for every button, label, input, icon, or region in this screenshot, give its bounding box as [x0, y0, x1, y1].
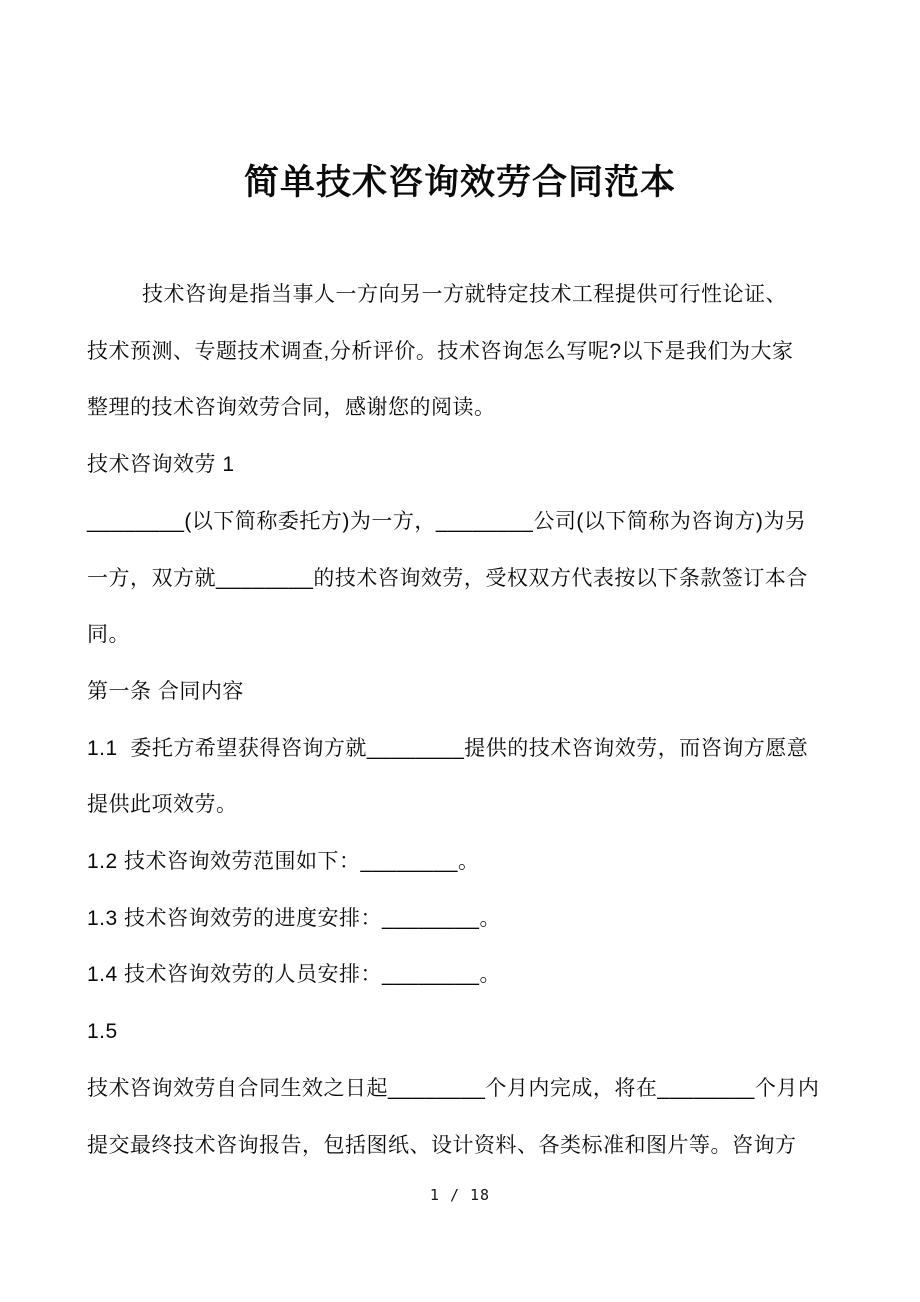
text-line: 同。: [87, 607, 855, 664]
page-number-indicator: 1 / 18: [0, 1184, 920, 1206]
clause-1-4: 1.4 技术咨询效劳的人员安排：________。: [87, 947, 855, 1004]
section-heading: 技术咨询效劳 1: [87, 437, 855, 494]
text-line: 整理的技术咨询效劳合同，感谢您的阅读。: [87, 380, 855, 437]
text-line: 技术咨询效劳自合同生效之日起________个月内完成，将在________个月…: [87, 1061, 855, 1118]
clause-1-3: 1.3 技术咨询效劳的进度安排：________。: [87, 891, 855, 948]
document-title: 简单技术咨询效劳合同范本: [0, 160, 920, 206]
document-body: 技术咨询是指当事人一方向另一方就特定技术工程提供可行性论证、 技术预测、专题技术…: [87, 267, 855, 1174]
text-line: ________(以下简称委托方)为一方，________公司(以下简称为咨询方…: [87, 494, 855, 551]
text-line: 提交最终技术咨询报告，包括图纸、设计资料、各类标准和图片等。咨询方: [87, 1118, 855, 1175]
text-line: 一方，双方就________的技术咨询效劳，受权双方代表按以下条款签订本合: [87, 551, 855, 608]
clause-1-5: 1.5: [87, 1004, 855, 1061]
clause-1-1: 1.1 委托方希望获得咨询方就________提供的技术咨询效劳，而咨询方愿意: [87, 721, 855, 778]
text-line: 提供此项效劳。: [87, 777, 855, 834]
text-line: 技术预测、专题技术调查,分析评价。技术咨询怎么写呢?以下是我们为大家: [87, 324, 855, 381]
text-line: 技术咨询是指当事人一方向另一方就特定技术工程提供可行性论证、: [87, 267, 855, 324]
clause-1-2: 1.2 技术咨询效劳范围如下：________。: [87, 834, 855, 891]
document-page: 简单技术咨询效劳合同范本 技术咨询是指当事人一方向另一方就特定技术工程提供可行性…: [0, 0, 920, 1302]
clause-heading: 第一条 合同内容: [87, 664, 855, 721]
